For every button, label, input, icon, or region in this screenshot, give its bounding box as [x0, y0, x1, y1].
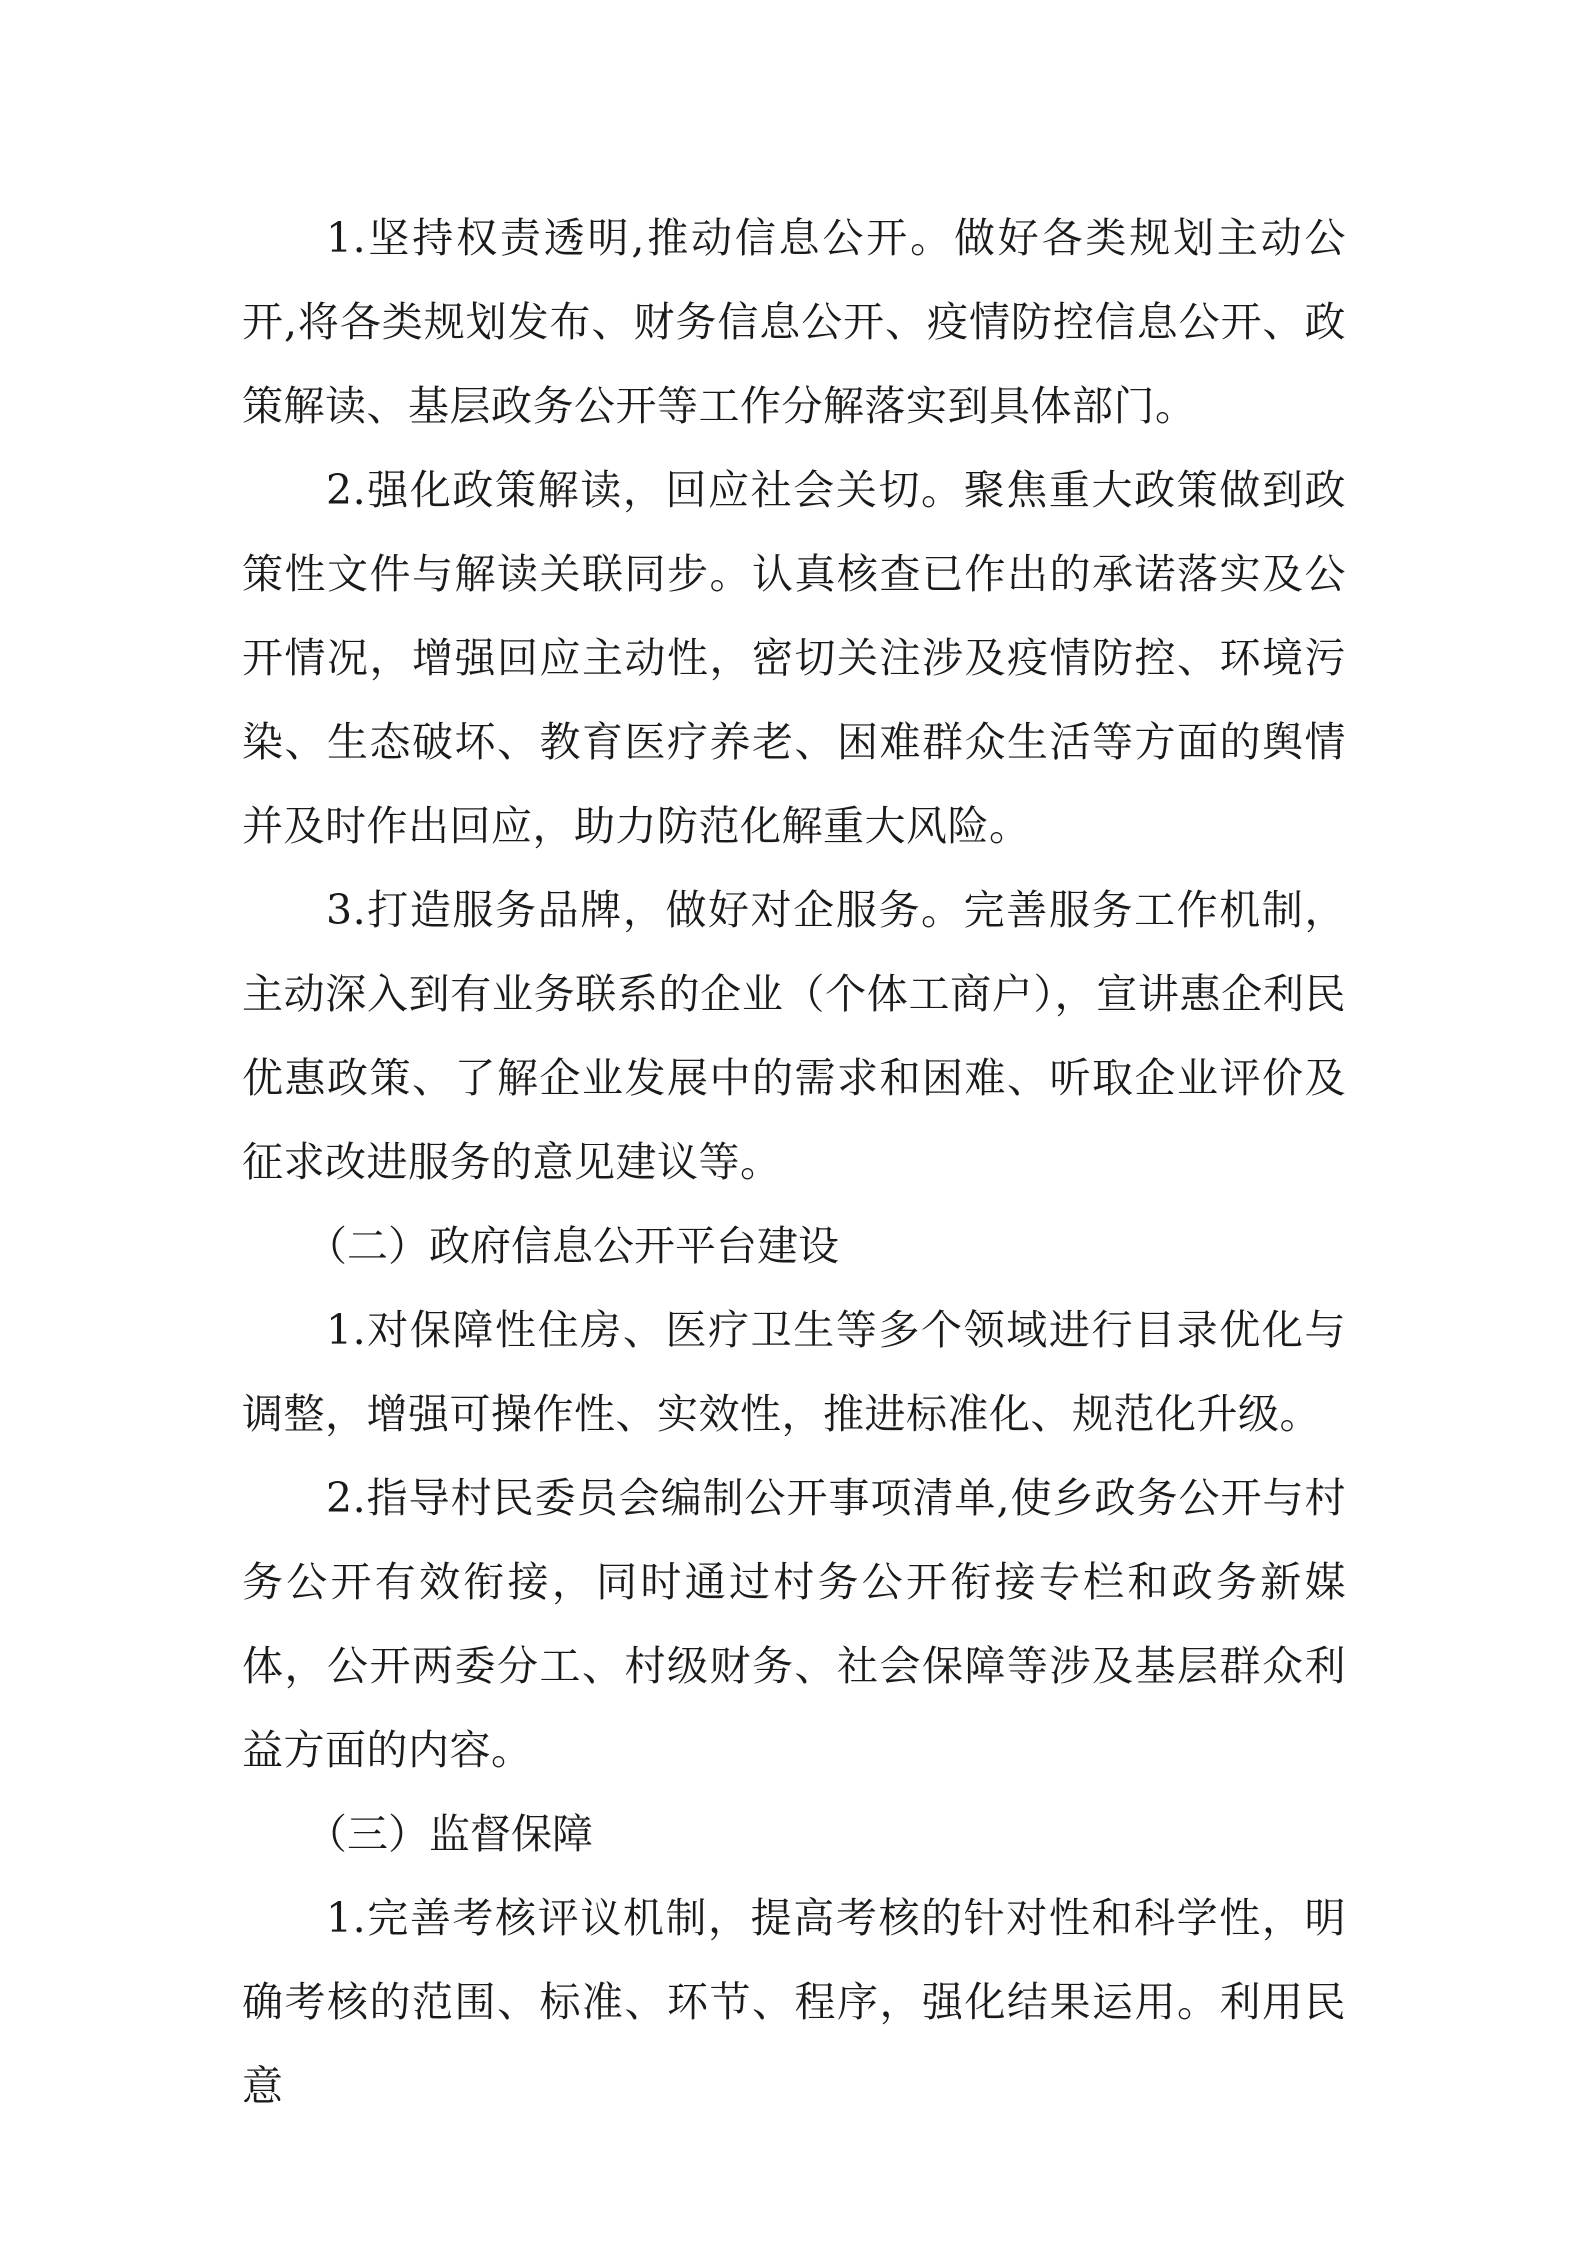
paragraph-village-disclosure: 2.指导村民委员会编制公开事项清单,使乡政务公开与村务公开有效衔接，同时通过村务… [242, 1456, 1346, 1792]
paragraph-enterprise-service: 3.打造服务品牌，做好对企服务。完善服务工作机制，主动深入到有业务联系的企业（个… [242, 868, 1346, 1204]
section-heading-platform: （二）政府信息公开平台建设 [242, 1204, 1346, 1288]
paragraph-policy-interpretation: 2.强化政策解读，回应社会关切。聚焦重大政策做到政策性文件与解读关联同步。认真核… [242, 448, 1346, 868]
paragraph-catalog-optimization: 1.对保障性住房、医疗卫生等多个领域进行目录优化与调整，增强可操作性、实效性，推… [242, 1288, 1346, 1456]
paragraph-assessment-mechanism: 1.完善考核评议机制，提高考核的针对性和科学性，明确考核的范围、标准、环节、程序… [242, 1876, 1346, 2128]
document-page: 1.坚持权责透明,推动信息公开。做好各类规划主动公开,将各类规划发布、财务信息公… [242, 196, 1346, 2128]
paragraph-transparency: 1.坚持权责透明,推动信息公开。做好各类规划主动公开,将各类规划发布、财务信息公… [242, 196, 1346, 448]
section-heading-supervision: （三）监督保障 [242, 1792, 1346, 1876]
